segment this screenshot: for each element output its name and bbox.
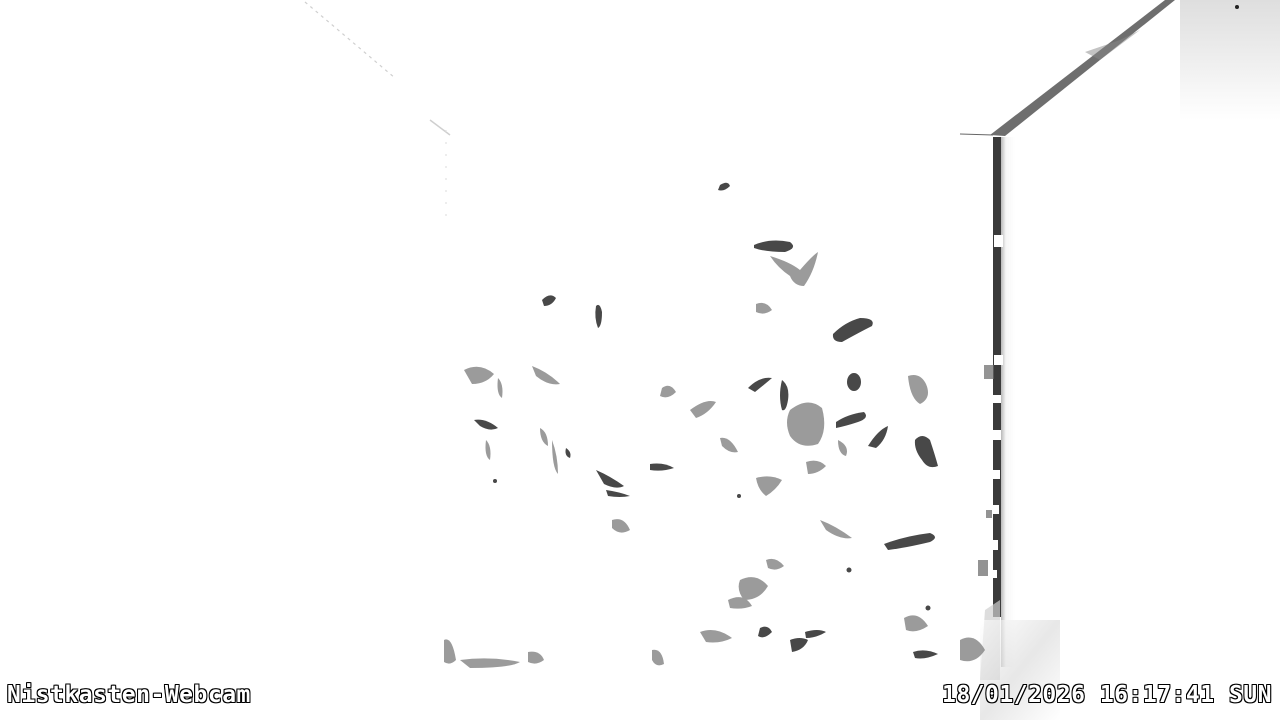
right-wall-corner — [978, 137, 1015, 680]
right-ceiling-edge — [960, 0, 1280, 136]
camera-name-overlay: Nistkasten-Webcam — [7, 684, 251, 707]
timestamp-overlay: 18/01/2026 16:17:41 SUN — [942, 684, 1272, 707]
left-ceiling-edge — [305, 2, 450, 220]
webcam-frame: Nistkasten-Webcam 18/01/2026 16:17:41 SU… — [0, 0, 1280, 720]
nestbox-scene — [0, 0, 1280, 720]
time-text: 16:17:41 — [1100, 682, 1215, 708]
debris-light — [444, 252, 985, 668]
weekday-text: SUN — [1229, 682, 1272, 708]
date-text: 18/01/2026 — [942, 682, 1085, 708]
debris-dark — [474, 183, 938, 659]
